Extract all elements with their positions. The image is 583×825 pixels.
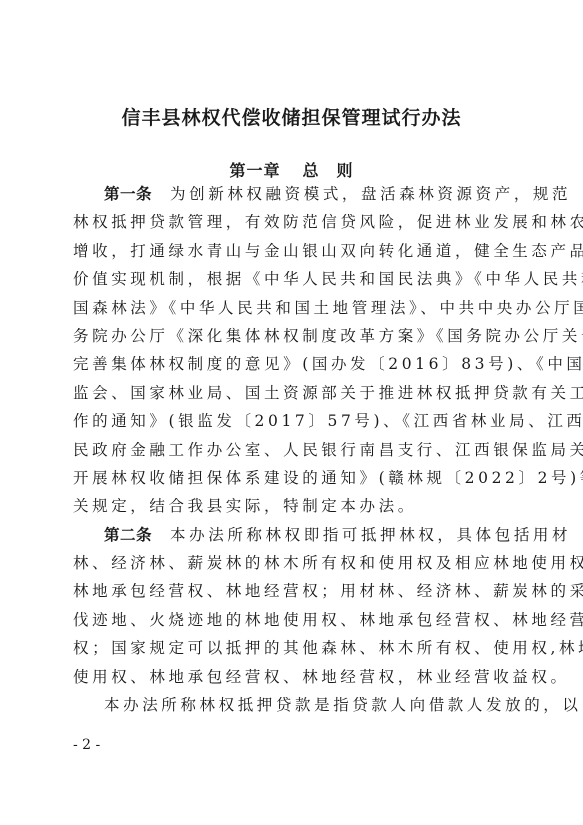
- article-1-line: 监会、国家林业局、国土资源部关于推进林权抵押贷款有关工: [73, 379, 511, 407]
- article-2-label: 第二条: [104, 525, 152, 544]
- article-text: 为创新林权融资模式，盘活森林资源资产，规范: [170, 185, 571, 203]
- article-1-line: 增收，打通绿水青山与金山银山双向转化通道，健全生态产品: [73, 237, 511, 265]
- article-1-line: 作的通知》(银监发〔2017〕57号)、《江西省林业局、江西省人: [73, 407, 511, 435]
- article-1-line: 务院办公厅《深化集体林权制度改革方案》《国务院办公厅关于: [73, 322, 511, 350]
- chapter-label: 第一章: [229, 161, 280, 180]
- page-number: - 2 -: [73, 737, 100, 753]
- article-1-label: 第一条: [104, 184, 152, 203]
- article-2-line: 第二条本办法所称林权即指可抵押林权，具体包括用材: [73, 521, 511, 549]
- document-title: 信丰县林权代偿收储担保管理试行办法: [0, 103, 583, 130]
- article-2-line: 林地承包经营权、林地经营权；用材林、经济林、薪炭林的采: [73, 577, 511, 605]
- article-2-line: 林、经济林、薪炭林的林木所有权和使用权及相应林地使用权、: [73, 549, 511, 577]
- article-2-line: 权；国家规定可以抵押的其他森林、林木所有权、使用权,林地: [73, 634, 511, 662]
- article-1-line: 民政府金融工作办公室、人民银行南昌支行、江西银保监局关于: [73, 436, 511, 464]
- article-1-line: 开展林权收储担保体系建设的通知》(赣林规〔2022〕2号)等有: [73, 464, 511, 492]
- article-1-line: 价值实现机制，根据《中华人民共和国民法典》《中华人民共和: [73, 265, 511, 293]
- article-text: 本办法所称林权即指可抵押林权，具体包括用材: [170, 526, 571, 544]
- article-1-line: 国森林法》《中华人民共和国土地管理法》、中共中央办公厅国: [73, 294, 511, 322]
- article-1-line: 林权抵押贷款管理，有效防范信贷风险，促进林业发展和林农: [73, 208, 511, 236]
- chapter-heading: 第一章总 则: [0, 158, 583, 181]
- paragraph-continuation: 本办法所称林权抵押贷款是指贷款人向借款人发放的，以: [73, 691, 511, 719]
- chapter-name: 总 则: [303, 161, 354, 180]
- article-1-line: 完善集体林权制度的意见》(国办发〔2016〕83号)、《中国银: [73, 350, 511, 378]
- article-1-line: 第一条为创新林权融资模式，盘活森林资源资产，规范: [73, 180, 511, 208]
- document-body: 第一条为创新林权融资模式，盘活森林资源资产，规范 林权抵押贷款管理，有效防范信贷…: [73, 180, 511, 719]
- article-2-line: 伐迹地、火烧迹地的林地使用权、林地承包经营权、林地经营: [73, 606, 511, 634]
- article-1-line: 关规定，结合我县实际，特制定本办法。: [73, 492, 511, 520]
- article-2-line: 使用权、林地承包经营权、林地经营权，林业经营收益权。: [73, 663, 511, 691]
